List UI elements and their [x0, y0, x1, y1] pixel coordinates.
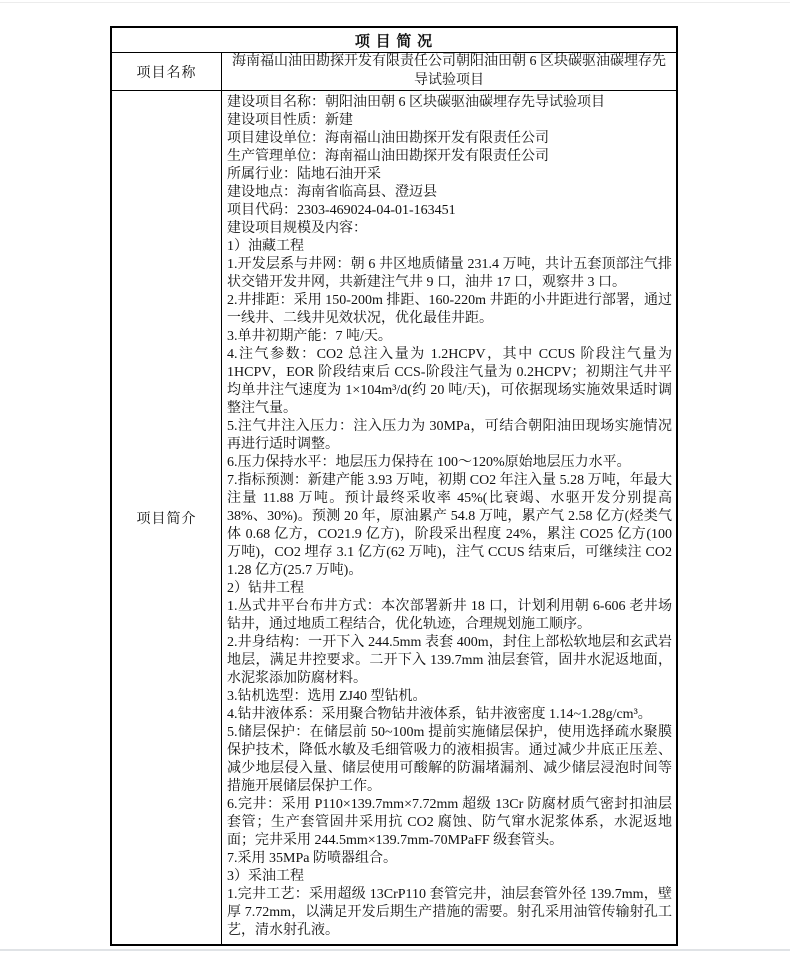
- intro-paragraph: 生产管理单位：海南福山油田勘探开发有限责任公司: [227, 148, 672, 166]
- intro-paragraph: 2.井身结构：一开下入 244.5mm 表套 400m，封住上部松软地层和玄武岩…: [227, 634, 672, 688]
- project-intro-row: 项目简介 建设项目名称：朝阳油田朝 6 区块碳驱油碳埋存先导试验项目建设项目性质…: [112, 91, 676, 944]
- intro-paragraph: 1.丛式井平台布井方式：本次部署新井 18 口，计划利用朝 6-606 老井场钻…: [227, 598, 672, 634]
- project-name-value: 海南福山油田勘探开发有限责任公司朝阳油田朝 6 区块碳驱油碳埋存先导试验项目: [222, 53, 676, 90]
- intro-paragraph: 5.储层保护：在储层前 50~100m 提前实施储层保护，使用选择疏水聚膜保护技…: [227, 724, 672, 796]
- document-page: 项 目 简 况 项目名称 海南福山油田勘探开发有限责任公司朝阳油田朝 6 区块碳…: [0, 0, 790, 955]
- intro-paragraph: 2.井排距：采用 150-200m 排距、160-220m 井距的小井距进行部署…: [227, 292, 672, 328]
- intro-paragraph: 1）油藏工程: [227, 238, 672, 256]
- intro-paragraph: 项目建设单位：海南福山油田勘探开发有限责任公司: [227, 130, 672, 148]
- project-name-row: 项目名称 海南福山油田勘探开发有限责任公司朝阳油田朝 6 区块碳驱油碳埋存先导试…: [112, 53, 676, 91]
- intro-paragraph: 建设项目性质：新建: [227, 112, 672, 130]
- intro-paragraph: 7.采用 35MPa 防喷器组合。: [227, 850, 672, 868]
- project-intro-label: 项目简介: [112, 91, 222, 944]
- page-bottom-edge-line: [0, 949, 790, 951]
- intro-paragraph: 3.钻机选型：选用 ZJ40 型钻机。: [227, 688, 672, 706]
- intro-paragraph: 6.完井：采用 P110×139.7mm×7.72mm 超级 13Cr 防腐材质…: [227, 796, 672, 850]
- intro-paragraph: 1.开发层系与井网：朝 6 井区地质储量 231.4 万吨，共计五套顶部注气排状…: [227, 256, 672, 292]
- project-overview-table: 项 目 简 况 项目名称 海南福山油田勘探开发有限责任公司朝阳油田朝 6 区块碳…: [110, 26, 678, 946]
- page-top-edge-line: [0, 2, 790, 3]
- intro-paragraph: 建设地点：海南省临高县、澄迈县: [227, 184, 672, 202]
- intro-paragraph: 6.压力保持水平：地层压力保持在 100～120%原始地层压力水平。: [227, 454, 672, 472]
- intro-paragraph: 建设项目规模及内容：: [227, 220, 672, 238]
- table-title: 项 目 简 况: [112, 28, 676, 53]
- intro-paragraph: 所属行业：陆地石油开采: [227, 166, 672, 184]
- intro-paragraph: 3.单井初期产能：7 吨/天。: [227, 328, 672, 346]
- intro-paragraph: 2）钻井工程: [227, 580, 672, 598]
- project-name-label: 项目名称: [112, 53, 222, 90]
- intro-paragraph: 4.注气参数：CO2 总注入量为 1.2HCPV，其中 CCUS 阶段注气量为 …: [227, 346, 672, 418]
- intro-paragraph: 1.完井工艺：采用超级 13CrP110 套管完井，油层套管外径 139.7mm…: [227, 886, 672, 940]
- intro-paragraph: 7.指标预测：新建产能 3.93 万吨，初期 CO2 年注入量 5.28 万吨，…: [227, 472, 672, 580]
- intro-paragraph: 项目代码：2303-469024-04-01-163451: [227, 202, 672, 220]
- intro-paragraph: 5.注气井注入压力：注入压力为 30MPa，可结合朝阳油田现场实施情况再进行适时…: [227, 418, 672, 454]
- project-intro-content: 建设项目名称：朝阳油田朝 6 区块碳驱油碳埋存先导试验项目建设项目性质：新建项目…: [222, 91, 676, 944]
- intro-paragraph: 3）采油工程: [227, 868, 672, 886]
- intro-paragraph: 建设项目名称：朝阳油田朝 6 区块碳驱油碳埋存先导试验项目: [227, 94, 672, 112]
- intro-paragraph: 4.钻井液体系：采用聚合物钻井液体系，钻井液密度 1.14~1.28g/cm³。: [227, 706, 672, 724]
